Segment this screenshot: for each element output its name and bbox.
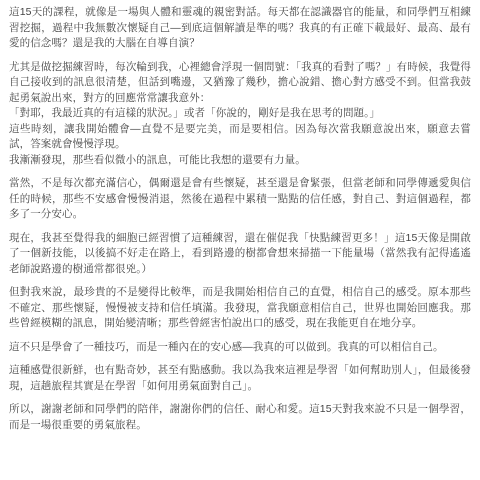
paragraph-text: 這些時刻，讓我開始體會—直覺不是要完美，而是要相信。因為每次當我願意說出來，願意…: [9, 122, 471, 153]
paragraph-text: 所以，謝謝老師和同學們的陪伴，謝謝你們的信任、耐心和愛。這15天對我來說不只是一…: [9, 402, 471, 433]
paragraph: 尤其是做挖掘練習時，每次輪到我，心裡總會浮現一個問號：「我真的看對了嗎？」有時候…: [9, 60, 471, 169]
dialogue-line: 「對耶，我最近真的有這樣的狀況。」或者「你說的，剛好是我在思考的問題。」: [9, 106, 471, 122]
paragraph-text: 尤其是做挖掘練習時，每次輪到我，心裡總會浮現一個問號：「我真的看對了嗎？」有時候…: [9, 60, 471, 107]
paragraph-text: 現在，我甚至覺得我的細胞已經習慣了這種練習，還在催促我「快點練習更多！」這15天…: [9, 231, 471, 278]
journal-note: 這15天的課程，就像是一場與人體和靈魂的親密對話。每天都在認識器官的能量，和同學…: [0, 0, 480, 480]
paragraph: 這種感覺很新鮮，也有點奇妙，甚至有點感動。我以為我來這裡是學習「如何幫助別人」，…: [9, 363, 471, 394]
paragraph-text: 這不只是學會了一種技巧，而是一種內在的安心感—我真的可以做到。我真的可以相信自己…: [9, 340, 471, 356]
paragraph: 當然，不是每次都充滿信心，偶爾還是會有些懷疑，甚至還是會緊張，但當老師和同學傳遞…: [9, 176, 471, 223]
paragraph: 這不只是學會了一種技巧，而是一種內在的安心感—我真的可以做到。我真的可以相信自己…: [9, 340, 471, 356]
paragraph: 這15天的課程，就像是一場與人體和靈魂的親密對話。每天都在認識器官的能量，和同學…: [9, 5, 471, 52]
paragraph: 現在，我甚至覺得我的細胞已經習慣了這種練習，還在催促我「快點練習更多！」這15天…: [9, 231, 471, 278]
paragraph-text: 這15天的課程，就像是一場與人體和靈魂的親密對話。每天都在認識器官的能量，和同學…: [9, 5, 471, 52]
paragraph: 所以，謝謝老師和同學們的陪伴，謝謝你們的信任、耐心和愛。這15天對我來說不只是一…: [9, 402, 471, 433]
paragraph-text: 但對我來說，最珍貴的不是變得比較準，而是我開始相信自己的直覺，相信自己的感受。原…: [9, 285, 471, 332]
paragraph-text: 這種感覺很新鮮，也有點奇妙，甚至有點感動。我以為我來這裡是學習「如何幫助別人」，…: [9, 363, 471, 394]
paragraph-text: 我漸漸發現，那些看似微小的訊息，可能比我想的還要有力量。: [9, 153, 471, 169]
paragraph-text: 當然，不是每次都充滿信心，偶爾還是會有些懷疑，甚至還是會緊張，但當老師和同學傳遞…: [9, 176, 471, 223]
paragraph: 但對我來說，最珍貴的不是變得比較準，而是我開始相信自己的直覺，相信自己的感受。原…: [9, 285, 471, 332]
